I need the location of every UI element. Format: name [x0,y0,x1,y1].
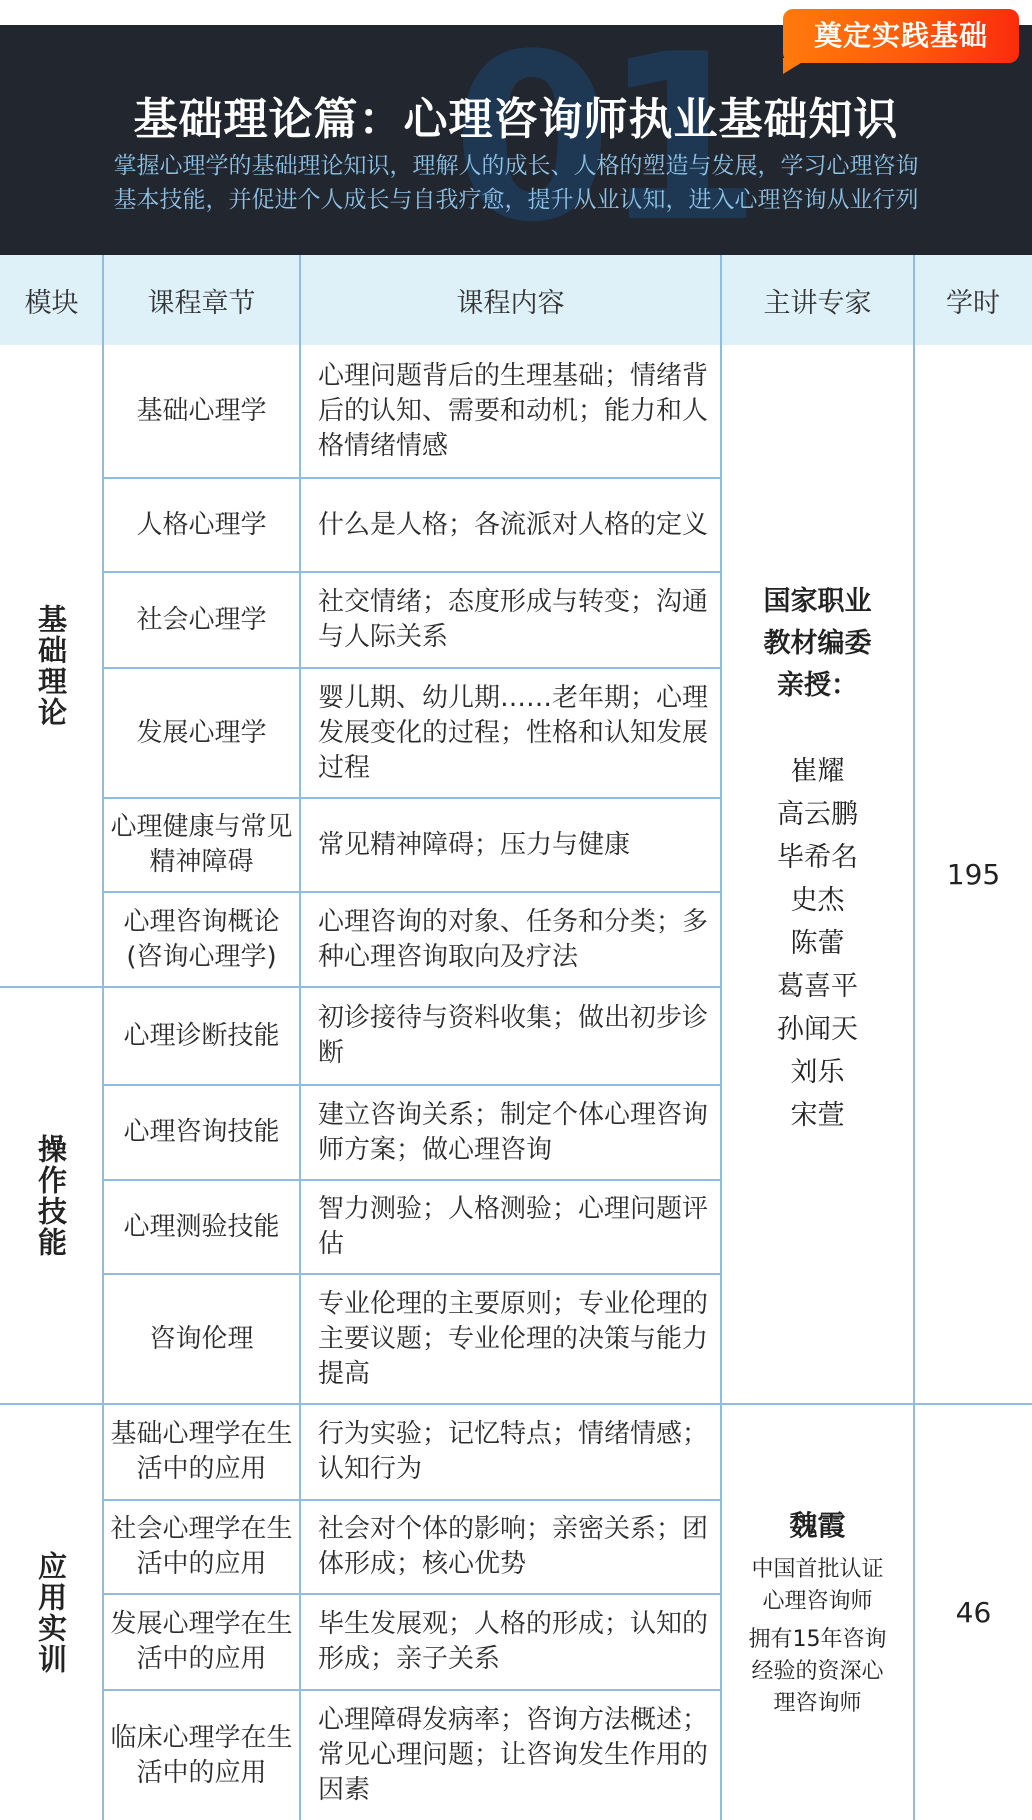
content-cell: 心理问题背后的生理基础；情绪背后的认知、需要和动机；能力和人格情绪情感 [301,345,721,477]
table-header-row: 模块 课程章节 课程内容 主讲专家 学时 [0,255,1032,345]
content-cell: 心理咨询的对象、任务和分类；多种心理咨询取向及疗法 [301,893,721,986]
chapter-cell: 临床心理学在生活中的应用 [103,1691,300,1820]
expert-name: 高云鹏 [777,793,858,836]
module-label: 基础理论 [31,604,72,728]
chapter-cell: 心理咨询技能 [103,1086,300,1179]
content-cell: 毕生发展观；人格的形成；认知的形成；亲子关系 [301,1595,721,1689]
content-cell: 婴儿期、幼儿期……老年期；心理发展变化的过程；性格和认知发展过程 [301,669,721,797]
content-cell: 建立咨询关系；制定个体心理咨询师方案；做心理咨询 [301,1086,721,1179]
expert-credential: 拥有15年咨询经验的资深心理咨询师 [742,1624,893,1720]
expert-name: 葛喜平 [777,965,858,1008]
subtitle-line: 基本技能，并促进个人成长与自我疗愈，提升从业认知，进入心理咨询从业行列 [0,183,1032,217]
content-cell: 常见精神障碍；压力与健康 [301,799,721,891]
expert-name: 史杰 [791,879,845,922]
module-cell: 应用实训 [0,1405,103,1820]
subtitle-line: 掌握心理学的基础理论知识，理解人的成长、人格的塑造与发展，学习心理咨询 [0,149,1032,183]
chapter-cell: 社会心理学在生活中的应用 [103,1501,300,1593]
module-cell: 操作技能 [0,988,103,1403]
chapter-cell: 基础心理学 [103,345,300,477]
expert-heading: 国家职业 [764,581,872,623]
expert-name: 宋萱 [791,1094,845,1137]
content-cell: 社交情绪；态度形成与转变；沟通与人际关系 [301,573,721,667]
content-cell: 智力测验；人格测验；心理问题评估 [301,1181,721,1273]
hours-cell: 46 [915,1405,1032,1820]
experts-cell: 国家职业 教材编委 亲授： 崔耀 高云鹏 毕希名 史杰 陈蕾 葛喜平 孙闻天 刘… [722,345,913,1403]
expert-name: 魏霞 [789,1506,845,1546]
page-title: 基础理论篇：心理咨询师执业基础知识 [0,83,1032,147]
chapter-cell: 心理测验技能 [103,1181,300,1273]
expert-heading: 亲授： [777,665,858,707]
hours-cell: 195 [915,345,1032,1403]
content-cell: 初诊接待与资料收集；做出初步诊断 [301,988,721,1084]
chapter-cell: 发展心理学在生活中的应用 [103,1595,300,1689]
expert-name: 孙闻天 [777,1008,858,1051]
expert-credential: 中国首批认证心理咨询师 [742,1554,893,1618]
header-module: 模块 [0,255,103,345]
chapter-cell: 咨询伦理 [103,1275,300,1403]
experts-cell: 魏霞 中国首批认证心理咨询师 拥有15年咨询经验的资深心理咨询师 [722,1405,913,1820]
chapter-cell: 心理诊断技能 [103,988,300,1084]
content-cell: 社会对个体的影响；亲密关系；团体形成；核心优势 [301,1501,721,1593]
content-cell: 什么是人格；各流派对人格的定义 [301,479,721,571]
content-cell: 行为实验；记忆特点；情绪情感；认知行为 [301,1405,721,1499]
expert-name: 毕希名 [777,836,858,879]
chapter-cell: 发展心理学 [103,669,300,797]
header-hours: 学时 [914,255,1032,345]
section-badge: 奠定实践基础 [783,9,1019,63]
page-subtitle: 掌握心理学的基础理论知识，理解人的成长、人格的塑造与发展，学习心理咨询 基本技能… [0,149,1032,217]
module-cell: 基础理论 [0,345,103,986]
chapter-cell: 基础心理学在生活中的应用 [103,1405,300,1499]
expert-name: 刘乐 [791,1051,845,1094]
expert-name: 陈蕾 [791,922,845,965]
chapter-cell: 心理健康与常见精神障碍 [103,799,300,891]
expert-heading: 教材编委 [764,623,872,665]
chapter-cell: 人格心理学 [103,479,300,571]
chapter-cell: 社会心理学 [103,573,300,667]
header-content: 课程内容 [300,255,721,345]
chapter-cell: 心理咨询概论(咨询心理学) [103,893,300,986]
content-cell: 专业伦理的主要原则；专业伦理的主要议题；专业伦理的决策与能力提高 [301,1275,721,1403]
course-table: 模块 课程章节 课程内容 主讲专家 学时 基础理论 操作技能 应用实训 基础心理… [0,255,1032,1820]
content-cell: 心理障碍发病率；咨询方法概述；常见心理问题；让咨询发生作用的因素 [301,1691,721,1820]
module-label: 操作技能 [31,1134,72,1258]
module-label: 应用实训 [31,1551,72,1675]
header-experts: 主讲专家 [721,255,914,345]
header-chapter: 课程章节 [103,255,300,345]
expert-name: 崔耀 [791,750,845,793]
